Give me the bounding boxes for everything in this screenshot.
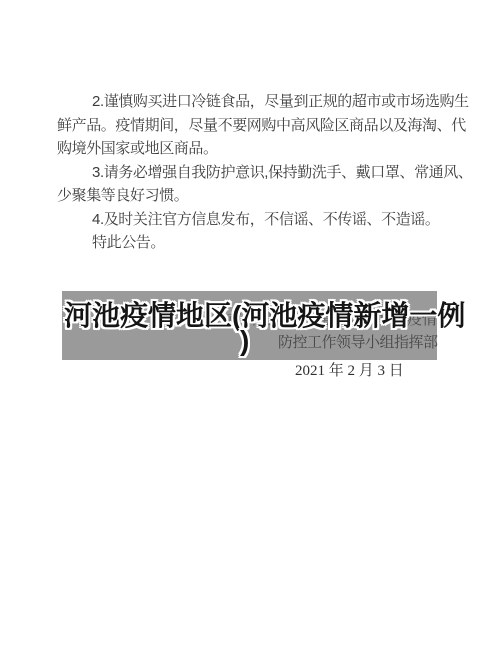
headline-title-line1: 河池疫情地区(河池疫情新增一例 [64,294,465,334]
notice-line-4: 3.请务必增强自我防护意识,保持勤洗手、戴口罩、常通风、 [92,164,472,182]
issue-date: 2021 年 2 月 3 日 [295,359,404,380]
notice-line-7: 特此公告。 [92,234,165,252]
notice-line-3: 购境外国家或地区商品。 [57,140,218,158]
notice-line-2: 鲜产品。疫情期间，尽量不要网购中高风险区商品以及海淘、代 [57,117,466,135]
headline-title-line2: ) [240,325,249,357]
notice-line-5: 少聚集等良好习惯。 [57,187,188,205]
notice-page: 2.谨慎购买进口冷链食品，尽量到正规的超市或市场选购生 鲜产品。疫情期间，尽量不… [0,0,500,653]
notice-line-1: 2.谨慎购买进口冷链食品，尽量到正规的超市或市场选购生 [92,93,469,111]
issuer-org-line2: 防控工作领导小组指挥部 [278,331,438,352]
notice-line-6: 4.及时关注官方信息发布，不信谣、不传谣、不造谣。 [92,211,440,229]
